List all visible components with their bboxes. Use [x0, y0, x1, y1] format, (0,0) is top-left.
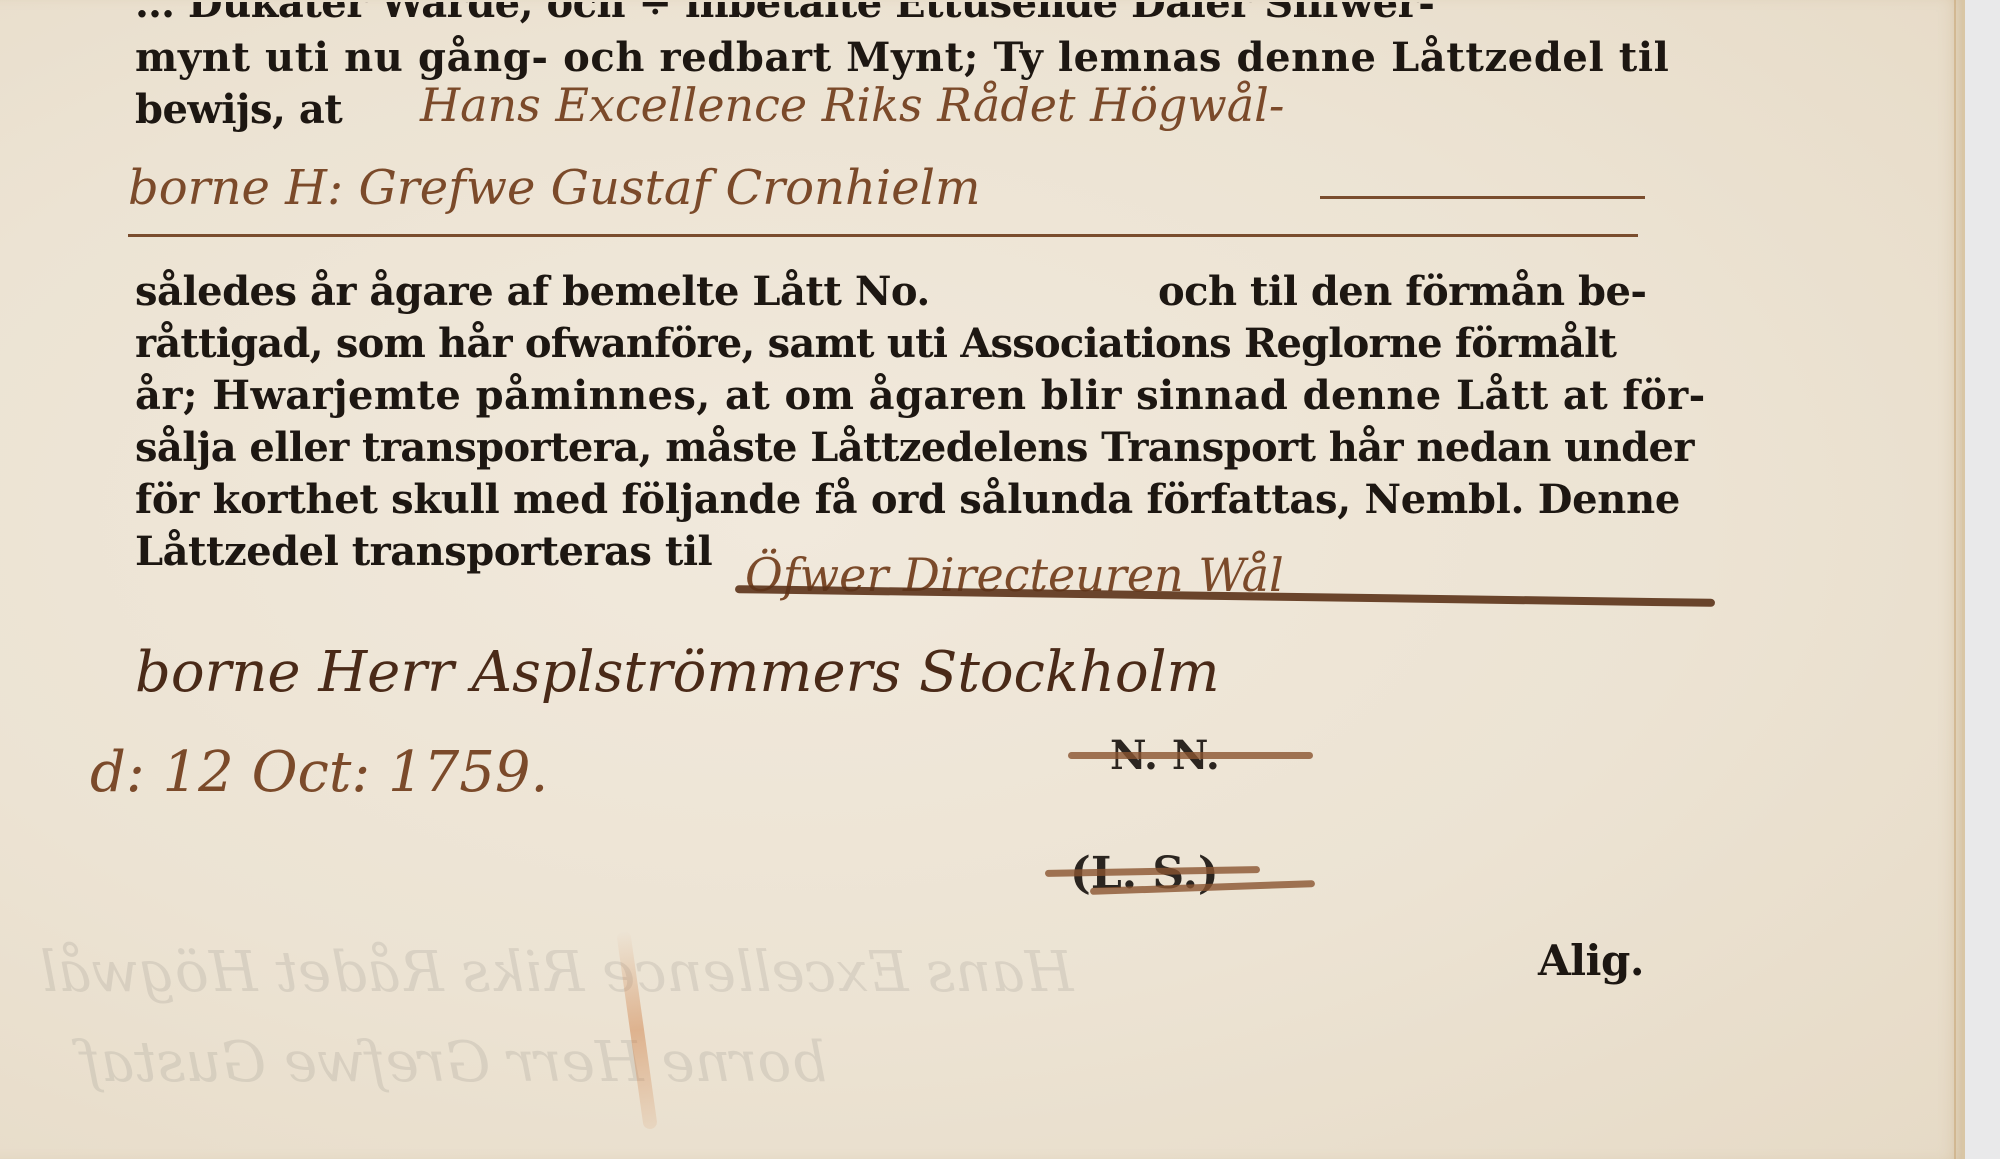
fill-rule-short	[1320, 196, 1645, 199]
bleed-through-text: Hans Excellence Riks Rådet Högwål	[40, 940, 1073, 1005]
printed-para-line: för korthet skull med följande få ord så…	[135, 476, 1680, 523]
catchword: Alig.	[1538, 936, 1644, 985]
document-page: Hans Excellence Riks Rådet Högwål borne …	[0, 0, 1965, 1159]
printed-line: mynt uti nu gång- och redbart Mynt; Ty l…	[135, 34, 1669, 81]
printed-para-lead: Låttzedel transporteras til	[135, 528, 712, 575]
handwritten-date: d: 12 Oct: 1759.	[90, 740, 548, 805]
printed-para-line: år; Hwarjemte påminnes, at om ågaren bli…	[135, 372, 1706, 419]
handwritten-transferee: borne Herr Asplströmmers Stockholm	[135, 640, 1220, 705]
printed-para-line: råttigad, som hår ofwanföre, samt uti As…	[135, 320, 1616, 367]
handwritten-owner-line2: borne H: Grefwe Gustaf Cronhielm	[128, 160, 981, 216]
fill-rule-long	[128, 234, 1638, 237]
printed-para-lead: således år ågare af bemelte Lått No.	[135, 268, 930, 315]
paper-edge-fold	[1954, 0, 1956, 1159]
printed-line-partial: … Dukater Wärde, och ÷ inbetalte Ettusen…	[135, 0, 1434, 27]
bleed-through-text: borne Herr Grefwe Gustaf	[80, 1030, 827, 1095]
strikethrough-line	[1068, 752, 1313, 759]
printed-para-tail: och til den förmån be-	[1158, 268, 1647, 315]
printed-para-line: sålja eller transportera, måste Låttzede…	[135, 424, 1694, 471]
printed-line-lead: bewijs, at	[135, 86, 342, 133]
handwritten-owner-line1: Hans Excellence Riks Rådet Högwål-	[420, 78, 1284, 132]
